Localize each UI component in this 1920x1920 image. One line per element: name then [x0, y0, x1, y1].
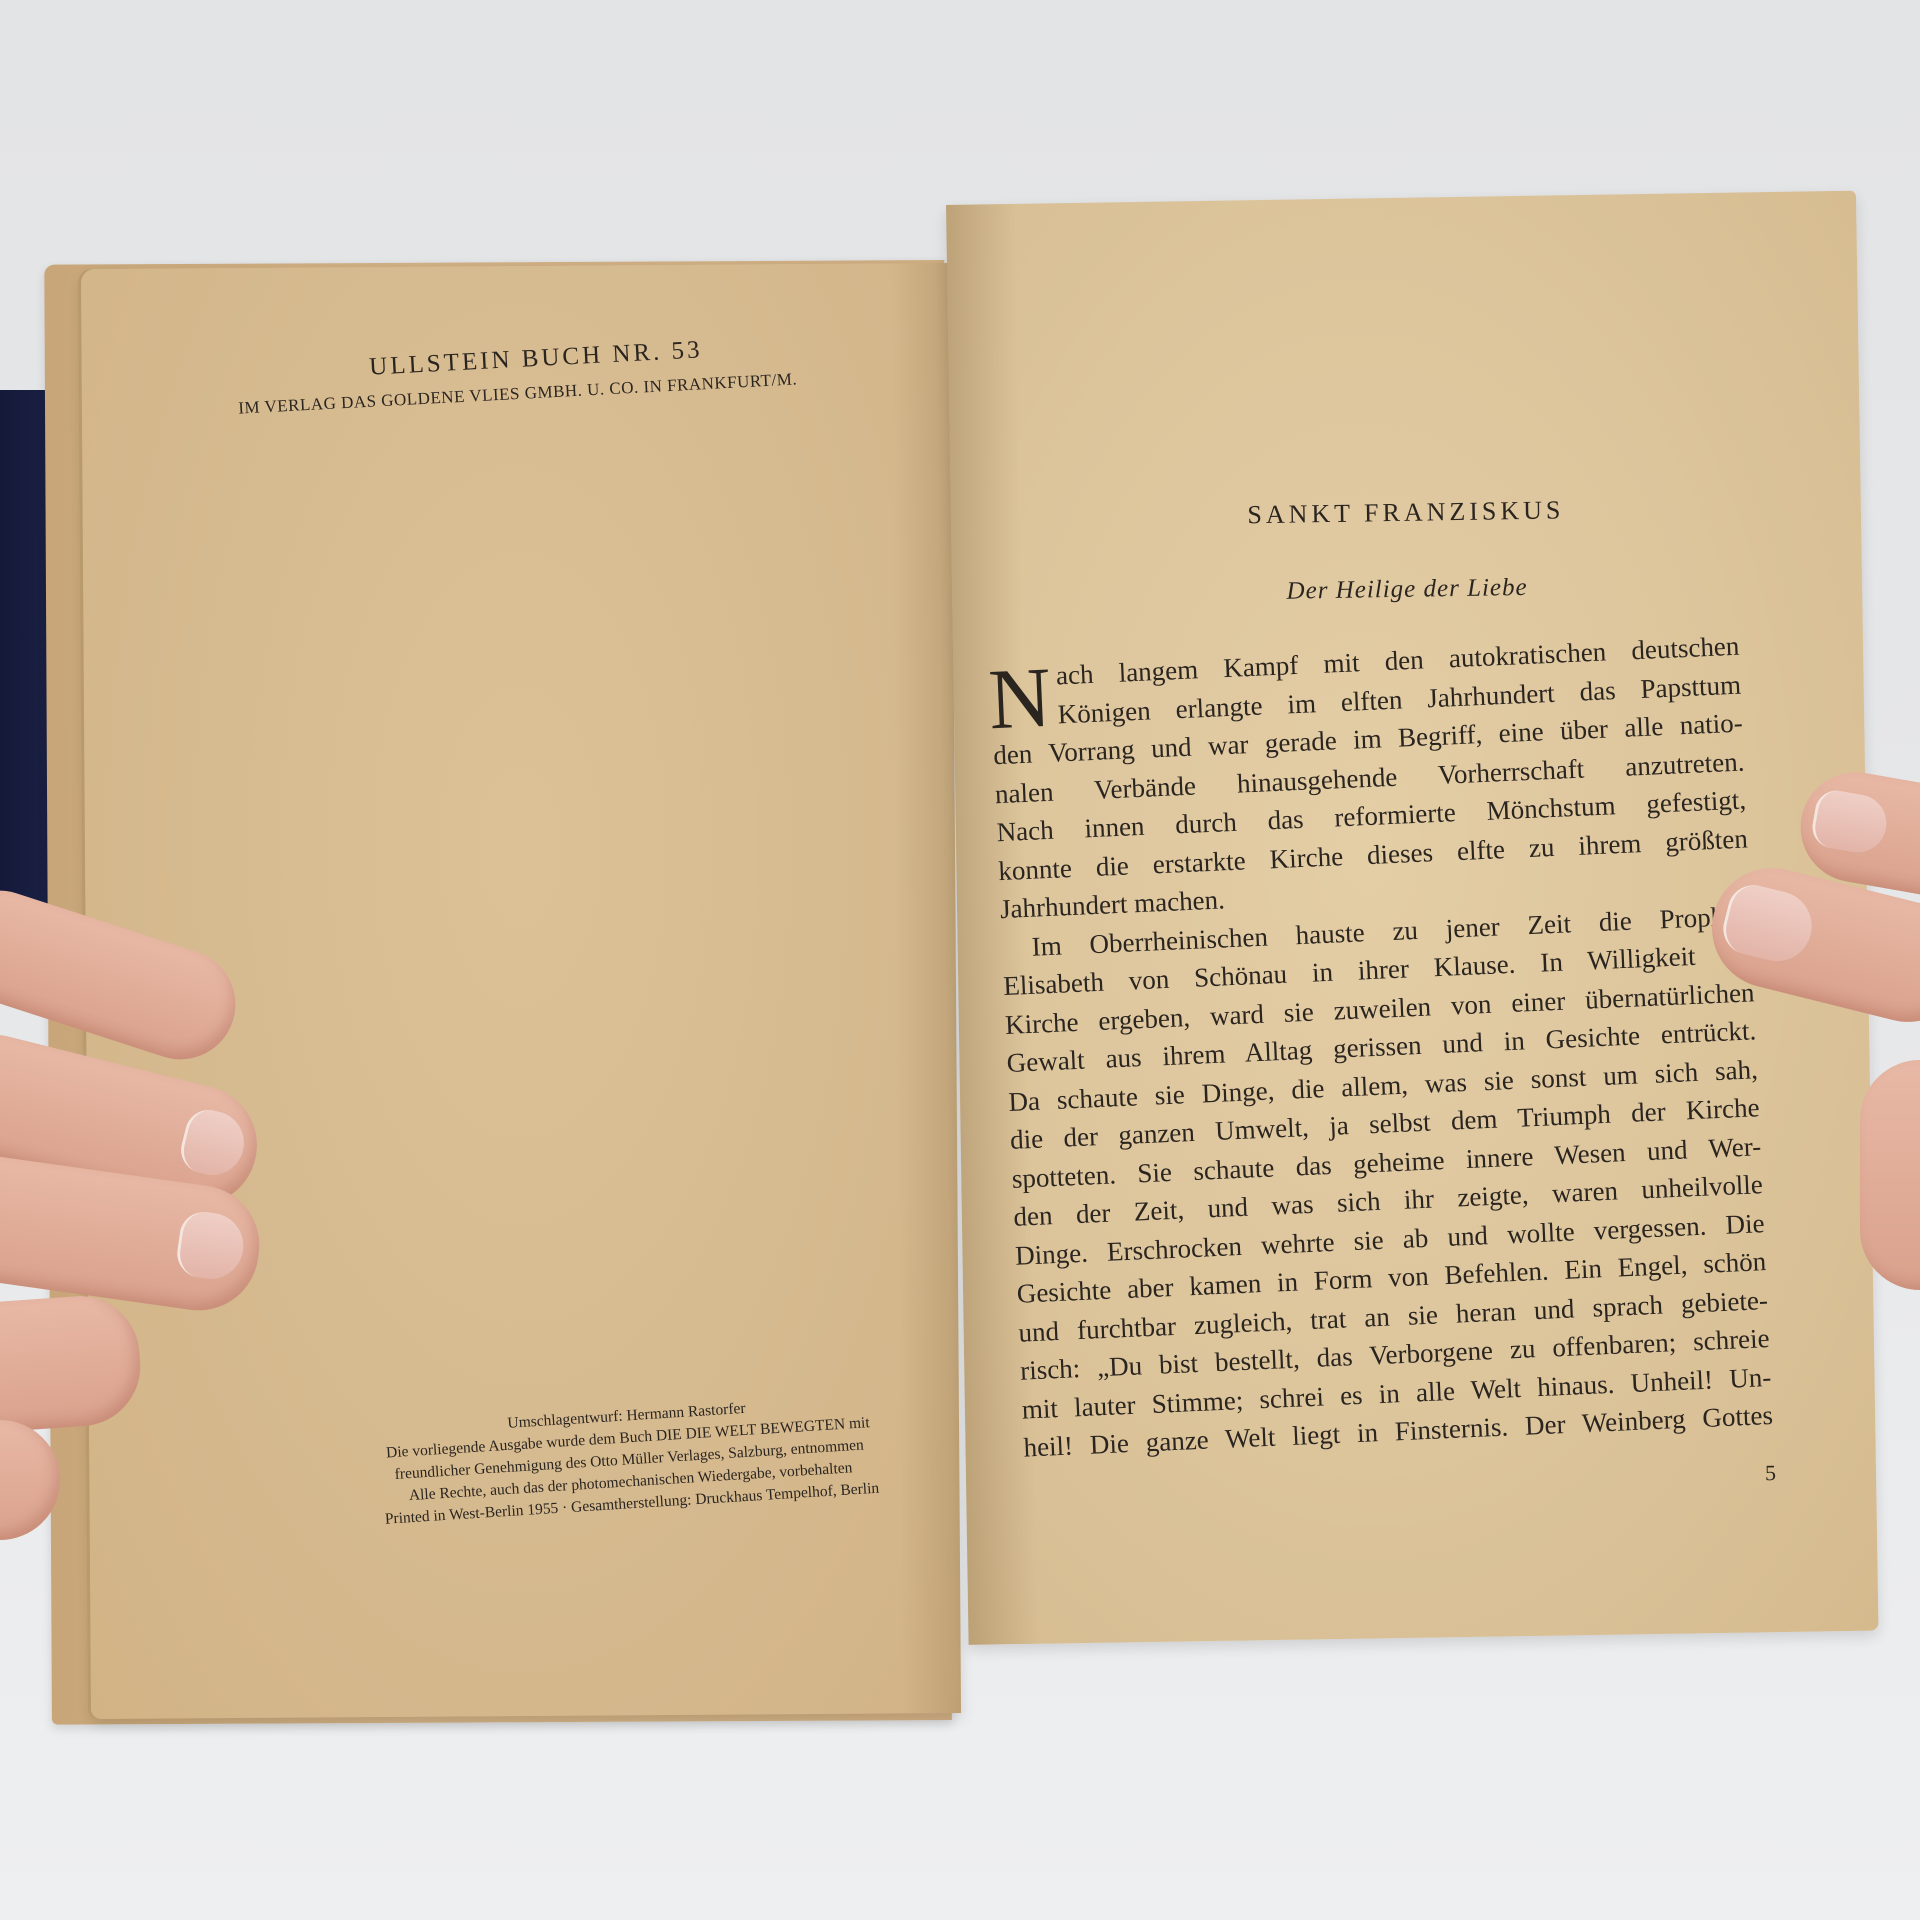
right-hand — [1700, 770, 1920, 1290]
chapter-title: SANKT FRANZISKUS — [951, 491, 1861, 535]
drop-cap: N — [987, 663, 1052, 734]
title-page-header: ULLSTEIN BUCH NR. 53 IM VERLAG DAS GOLDE… — [81, 323, 953, 426]
chapter-subtitle: Der Heilige der Liebe — [952, 569, 1862, 611]
body-text: N ach langem Kampf mit den autokratische… — [989, 627, 1774, 1467]
photo-scene: ULLSTEIN BUCH NR. 53 IM VERLAG DAS GOLDE… — [0, 0, 1920, 1920]
imprint-block: Umschlagentwurf: Hermann Rastorfer Die v… — [326, 1387, 932, 1534]
left-hand — [0, 920, 270, 1540]
page-number: 5 — [1765, 1460, 1776, 1486]
